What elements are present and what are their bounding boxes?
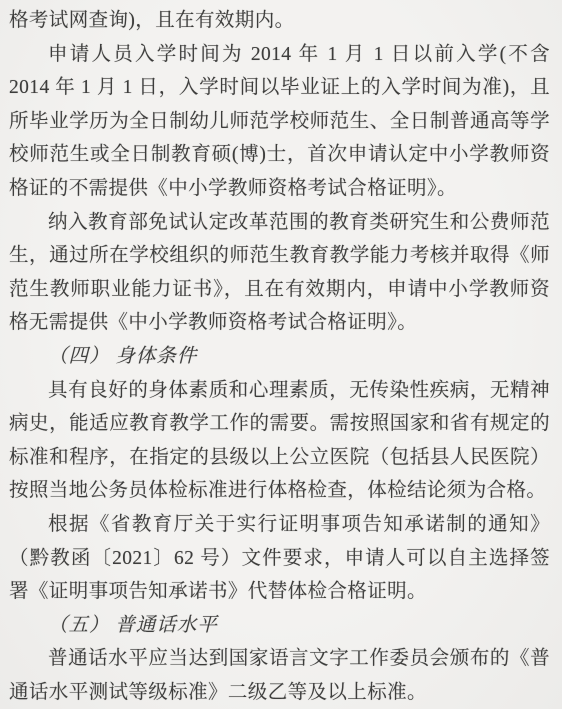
paragraph-exemption-policy: 纳入教育部免试认定改革范围的教育类研究生和公费师范生，通过所在学校组织的师范生教…	[9, 206, 550, 340]
section-heading-physical-condition: （四） 身体条件	[9, 340, 550, 374]
paragraph-continuation: 格考试网查询)，且在有效期内。	[9, 4, 550, 38]
paragraph-health-requirements: 具有良好的身体素质和心理素质，无传染性疾病，无精神病史，能适应教育教学工作的需要…	[9, 374, 550, 508]
section-heading-mandarin-level: （五） 普通话水平	[9, 609, 550, 643]
paragraph-mandarin-standard: 普通话水平应当达到国家语言文字工作委员会颁布的《普通话水平测试等级标准》二级乙等…	[9, 642, 550, 709]
paragraph-enrollment-time: 申请人员入学时间为 2014 年 1 月 1 日以前入学(不含 2014 年 1…	[9, 38, 550, 206]
paragraph-commitment-letter: 根据《省教育厅关于实行证明事项告知承诺制的通知》（黔教函〔2021〕62 号）文…	[9, 508, 550, 609]
scanned-document-page: 格考试网查询)，且在有效期内。 申请人员入学时间为 2014 年 1 月 1 日…	[0, 0, 562, 709]
